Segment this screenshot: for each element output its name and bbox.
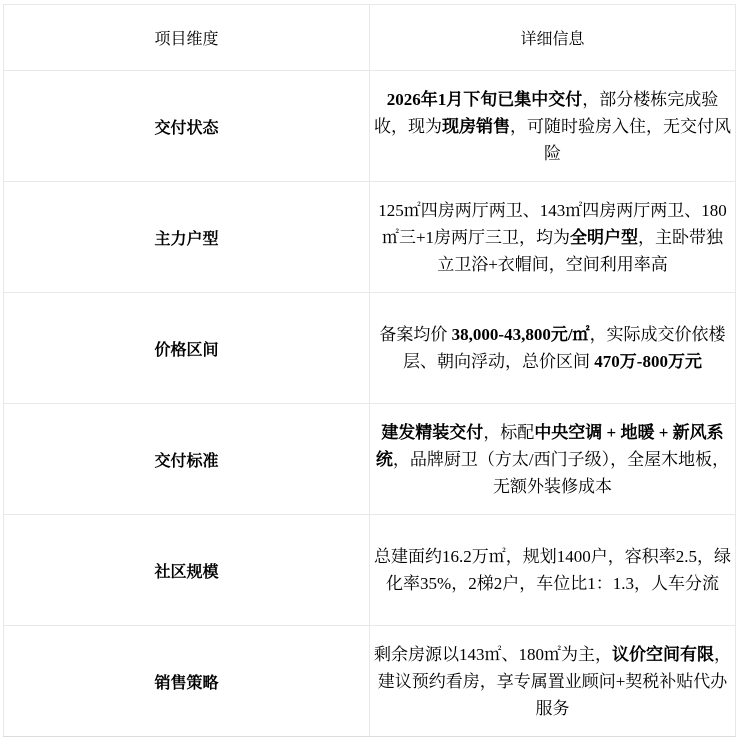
detail-text-bold: 2026年1月下旬已集中交付 bbox=[387, 90, 583, 109]
detail-cell: 总建面约16.2万㎡，规划1400户，容积率2.5，绿化率35%，2梯2户，车位… bbox=[370, 515, 736, 626]
detail-text: ，品牌厨卫（方太/西门子级），全屋木地板，无额外装修成本 bbox=[393, 450, 729, 496]
detail-cell: 125㎡四房两厅两卫、143㎡四房两厅两卫、180㎡三+1房两厅三卫，均为全明户… bbox=[370, 182, 736, 293]
dimension-cell: 主力户型 bbox=[4, 182, 370, 293]
table-row: 销售策略剩余房源以143㎡、180㎡为主，议价空间有限，建议预约看房，享专属置业… bbox=[4, 626, 736, 737]
dimension-cell: 交付状态 bbox=[4, 71, 370, 182]
table-row: 价格区间备案均价 38,000-43,800元/㎡，实际成交价依楼层、朝向浮动，… bbox=[4, 293, 736, 404]
detail-cell: 建发精装交付，标配中央空调 + 地暖 + 新风系统，品牌厨卫（方太/西门子级），… bbox=[370, 404, 736, 515]
dimension-cell: 交付标准 bbox=[4, 404, 370, 515]
detail-text-bold: 38,000-43,800元/㎡ bbox=[452, 325, 590, 344]
detail-cell: 剩余房源以143㎡、180㎡为主，议价空间有限，建议预约看房，享专属置业顾问+契… bbox=[370, 626, 736, 737]
table-body: 交付状态2026年1月下旬已集中交付，部分楼栋完成验收，现为现房销售，可随时验房… bbox=[4, 71, 736, 737]
detail-text: 总建面约16.2万㎡，规划1400户，容积率2.5，绿化率35%，2梯2户，车位… bbox=[374, 547, 731, 593]
detail-text: 剩余房源以143㎡、180㎡为主， bbox=[374, 645, 612, 664]
detail-text-bold: 现房销售 bbox=[442, 117, 510, 136]
detail-text: ，标配 bbox=[483, 423, 534, 442]
table-row: 交付状态2026年1月下旬已集中交付，部分楼栋完成验收，现为现房销售，可随时验房… bbox=[4, 71, 736, 182]
detail-text-bold: 建发精装交付 bbox=[381, 423, 483, 442]
detail-cell: 备案均价 38,000-43,800元/㎡，实际成交价依楼层、朝向浮动，总价区间… bbox=[370, 293, 736, 404]
column-header-detail: 详细信息 bbox=[370, 5, 736, 71]
detail-text-bold: 议价空间有限 bbox=[612, 645, 714, 664]
dimension-cell: 社区规模 bbox=[4, 515, 370, 626]
dimension-cell: 价格区间 bbox=[4, 293, 370, 404]
table-row: 主力户型125㎡四房两厅两卫、143㎡四房两厅两卫、180㎡三+1房两厅三卫，均… bbox=[4, 182, 736, 293]
table-row: 交付标准建发精装交付，标配中央空调 + 地暖 + 新风系统，品牌厨卫（方太/西门… bbox=[4, 404, 736, 515]
table-row: 社区规模总建面约16.2万㎡，规划1400户，容积率2.5，绿化率35%，2梯2… bbox=[4, 515, 736, 626]
detail-text-bold: 470万-800万元 bbox=[594, 352, 702, 371]
header-row: 项目维度 详细信息 bbox=[4, 5, 736, 71]
detail-text-bold: 全明户型 bbox=[570, 228, 638, 247]
project-info-table: 项目维度 详细信息 交付状态2026年1月下旬已集中交付，部分楼栋完成验收，现为… bbox=[3, 4, 736, 737]
detail-text: ，可随时验房入住，无交付风险 bbox=[510, 117, 731, 163]
column-header-dimension: 项目维度 bbox=[4, 5, 370, 71]
dimension-cell: 销售策略 bbox=[4, 626, 370, 737]
table-header: 项目维度 详细信息 bbox=[4, 5, 736, 71]
detail-text: 备案均价 bbox=[379, 325, 451, 344]
detail-cell: 2026年1月下旬已集中交付，部分楼栋完成验收，现为现房销售，可随时验房入住，无… bbox=[370, 71, 736, 182]
